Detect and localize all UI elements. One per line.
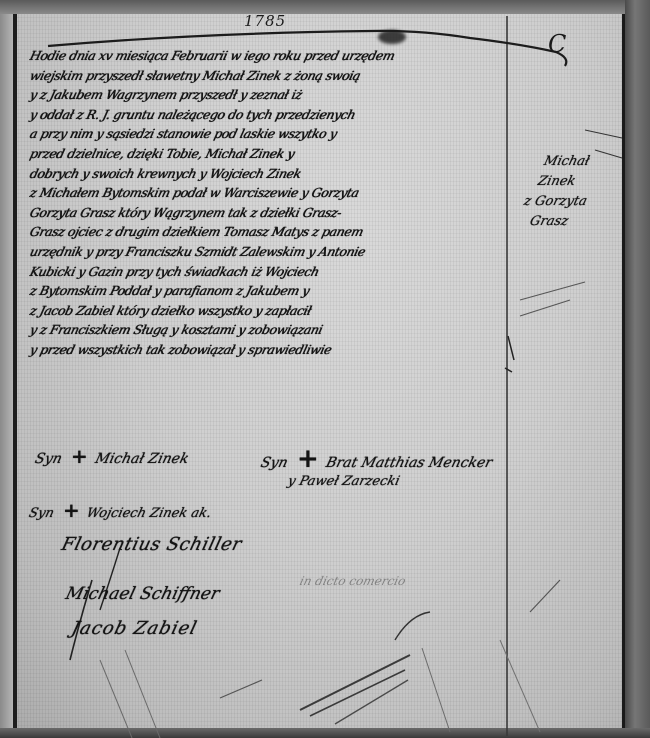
body-line: Kubicki y Gazin przy tych świadkach iż W… [28,262,511,282]
body-line: z Bytomskim Poddał y parafianom z Jakube… [28,281,511,301]
left-border-rule [13,10,17,738]
body-line: y oddał z R. J. gruntu należącego do tyc… [28,105,511,125]
body-line: Gorzyta Grasz który Wągrzynem tak z dzie… [28,203,511,223]
witness-signature: Jacob Zabiel [69,618,199,639]
signer-name: Michał Zinek [93,451,190,467]
body-line: dobrych y swoich krewnych y Wojciech Zin… [28,164,511,184]
witness-signature: Florentius Schiller [59,534,244,555]
signature-prefix: Syn [27,506,55,521]
body-line: a przy nim y sąsiedzi stanowie pod laski… [28,124,511,144]
signature-row-1-right: Syn + Brat Matthias Mencker [258,444,496,474]
manuscript-body: Hodie dnia xv miesiąca Februarii w iego … [30,46,508,360]
body-line: Grasz ojciec z drugim dziełkiem Tomasz M… [28,222,511,242]
signer-name: Wojciech Zinek ak. [85,506,213,521]
scan-top-edge [0,0,650,14]
margin-note-line: Zinek [498,172,623,192]
margin-note-line: Michał [498,152,623,172]
signature-row-1-subline: y Paweł Zarzecki [286,474,401,489]
margin-note-line: Grasz [498,212,623,232]
document-year: 1785 [244,12,286,30]
body-line: z Jacob Zabiel który dziełko wszystko y … [28,301,511,321]
signature-prefix: Syn [259,455,290,471]
signature-row-1-left: Syn + Michał Zinek [33,444,192,468]
cross-mark-icon: + [71,444,88,468]
signature-row-2: Syn + Wojciech Zinek ak. [27,498,215,522]
body-line: urzędnik y przy Franciszku Szmidt Zalews… [28,242,511,262]
body-line: y z Jakubem Wagrzynem przyszedł y zeznał… [28,85,511,105]
margin-note-line: z Gorzyta [498,192,623,212]
body-line: y z Franciszkiem Sługą y kosztami y zobo… [28,320,511,340]
faint-bleedthrough-text: in dicto comercio [298,574,407,588]
cross-mark-icon: + [297,444,319,474]
scan-bottom-edge [0,728,650,738]
body-line: z Michałem Bytomskim podał w Warciszewie… [28,183,511,203]
page-marker: C [548,30,566,58]
body-line: wiejskim przyszedł sławetny Michał Zinek… [28,66,511,86]
body-line: przed dzielnice, dzięki Tobie, Michał Zi… [28,144,511,164]
body-line: Hodie dnia xv miesiąca Februarii w iego … [28,46,511,66]
signature-prefix: Syn [33,451,64,467]
margin-note: Michał Zinek z Gorzyta Grasz [500,152,620,232]
ink-blot [378,30,406,44]
signer-name: Brat Matthias Mencker [324,455,494,471]
witness-signature: Michael Schiffner [64,584,222,604]
manuscript-scan: 1785 C Hodie dnia xv miesiąca Februarii … [0,0,650,738]
scan-right-edge [625,0,650,738]
body-line: y przed wszystkich tak zobowiązał y spra… [28,340,453,360]
scan-left-edge [0,0,13,738]
cross-mark-icon: + [63,498,80,522]
